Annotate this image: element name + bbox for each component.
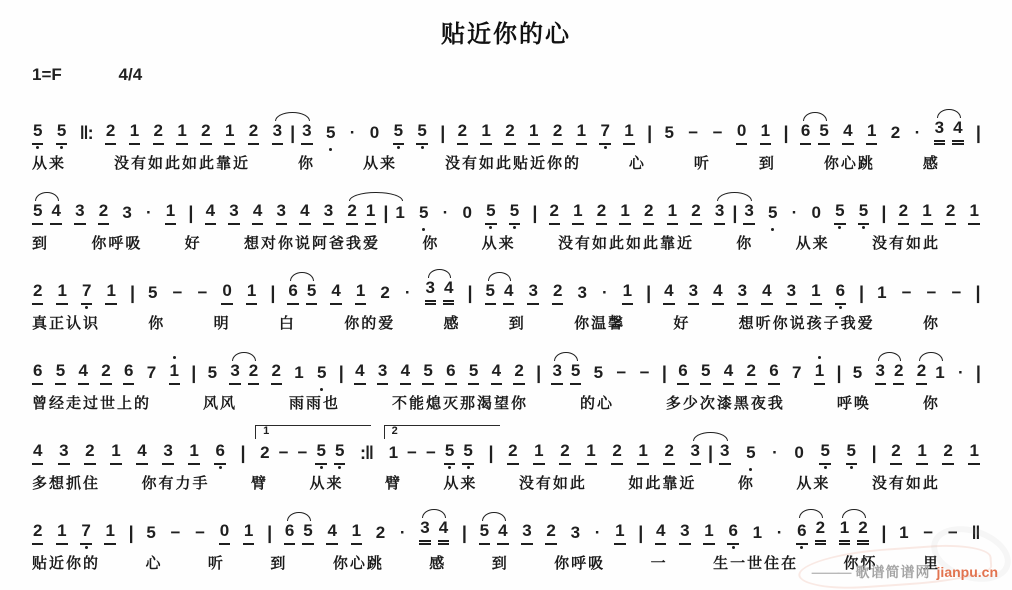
- lyric: 从来: [796, 472, 830, 492]
- note: 3: [419, 518, 430, 545]
- note: 1: [916, 441, 927, 465]
- lyric: 风风: [203, 392, 237, 412]
- note: 3: [74, 201, 85, 225]
- slur-group: 32: [229, 351, 259, 385]
- note: 1: [667, 201, 678, 225]
- lyric: 好: [673, 312, 690, 332]
- note: 4: [723, 361, 734, 385]
- note: 4: [299, 201, 310, 225]
- lyric: 从来: [796, 232, 830, 252]
- lyric: 的心: [580, 392, 614, 412]
- note: 1: [533, 441, 544, 465]
- note: 4: [326, 521, 337, 545]
- barline: |: [339, 363, 343, 385]
- duration-dash: −: [951, 283, 963, 305]
- augmentation-dot: ·: [145, 203, 153, 225]
- augmentation-dot: ·: [601, 283, 609, 305]
- note: 5: [147, 283, 158, 305]
- barline: |: [462, 523, 466, 545]
- lyric: 从来: [443, 472, 477, 492]
- barline: |: [872, 443, 876, 465]
- watermark-site-url: jianpu.cn: [937, 564, 998, 580]
- duration-dash: −: [171, 283, 183, 305]
- time-signature: 4/4: [119, 65, 143, 84]
- slur-group: 3|3: [272, 111, 313, 145]
- lyric: 你有力手: [141, 472, 209, 492]
- lyric: 你的爱: [344, 312, 395, 332]
- note: 3: [551, 361, 562, 385]
- note: 1: [576, 121, 587, 145]
- note: 6: [123, 361, 134, 385]
- lyric: 心: [145, 552, 162, 572]
- note: 5: [485, 201, 496, 225]
- note: 3: [272, 121, 283, 145]
- barline: |: [536, 363, 540, 385]
- note: 4: [136, 441, 147, 465]
- barline: |: [708, 443, 712, 465]
- note: 2: [890, 123, 901, 145]
- note: 3: [786, 281, 797, 305]
- augmentation-dot: ·: [404, 283, 412, 305]
- slur-group: 65: [284, 511, 314, 545]
- slur-group: 54: [485, 271, 515, 305]
- barline: |: [129, 523, 133, 545]
- note: 3: [688, 281, 699, 305]
- lyric: 你: [148, 312, 165, 332]
- lyric: 真正认识: [32, 312, 100, 332]
- lyric: 不能熄灭那渴望你: [392, 392, 528, 412]
- barline: |: [646, 283, 650, 305]
- augmentation-dot: ·: [957, 363, 965, 385]
- note: 1: [293, 363, 304, 385]
- note: 4: [497, 521, 508, 545]
- note: 7: [146, 363, 157, 385]
- note: 5: [334, 441, 345, 465]
- note: 3: [425, 278, 436, 305]
- note: 1: [622, 281, 633, 305]
- note: 1: [968, 201, 979, 225]
- music-line-2: 54323·1|43434321|15·055|21212123|35·055|…: [32, 181, 980, 252]
- slur-group: 34: [934, 108, 964, 145]
- volta-bracket-2: 1−−55: [388, 425, 474, 465]
- note: 1: [355, 281, 366, 305]
- note: 3: [58, 441, 69, 465]
- note: 5: [852, 363, 863, 385]
- lyric: 一: [651, 552, 668, 572]
- watermark-dashes: — ——: [812, 564, 850, 580]
- slur-group: 12: [839, 508, 869, 545]
- note: 2: [549, 201, 560, 225]
- note: 1: [703, 521, 714, 545]
- note: 1: [169, 361, 180, 385]
- lyric: 你: [923, 392, 940, 412]
- note: 6: [835, 281, 846, 305]
- note: 2: [248, 121, 259, 145]
- barline: |: [267, 523, 271, 545]
- augmentation-dot: ·: [791, 203, 799, 225]
- lyric: 如此靠近: [628, 472, 696, 492]
- slur-group: 62: [796, 508, 826, 545]
- lyric: 没有如此: [872, 472, 940, 492]
- note: 5: [819, 441, 830, 465]
- note: 2: [98, 201, 109, 225]
- lyric: 雨雨也: [289, 392, 340, 412]
- lyric: 你心跳: [333, 552, 384, 572]
- note: 3: [719, 441, 730, 465]
- note: 1: [619, 201, 630, 225]
- note: 6: [796, 521, 807, 545]
- note: 2: [457, 121, 468, 145]
- lyric: 听: [694, 152, 711, 172]
- duration-dash: −: [687, 123, 699, 145]
- lyric: 你: [923, 312, 940, 332]
- note: 3: [527, 281, 538, 305]
- lyric: 生一世住在: [713, 552, 798, 572]
- lyric: 你: [738, 472, 755, 492]
- note: 1: [129, 121, 140, 145]
- barline: |: [662, 363, 666, 385]
- lyric: 从来: [32, 152, 66, 172]
- lyric: 你呼吸: [554, 552, 605, 572]
- barline: |: [976, 363, 980, 385]
- lyric: 从来: [309, 472, 343, 492]
- lyric: 没有如此如此靠近: [114, 152, 250, 172]
- note: 5: [700, 361, 711, 385]
- note: 2: [916, 361, 927, 385]
- note: 3: [377, 361, 388, 385]
- note: 4: [712, 281, 723, 305]
- lyric: 曾经走过世上的: [32, 392, 151, 412]
- slur-group: 34: [425, 268, 455, 305]
- duration-dash: −: [639, 363, 651, 385]
- note: 4: [491, 361, 502, 385]
- note: 3: [521, 521, 532, 545]
- lyric: 没有如此: [872, 232, 940, 252]
- note: 5: [32, 121, 43, 145]
- note: 5: [315, 441, 326, 465]
- note: 2: [893, 361, 904, 385]
- augmentation-dot: ·: [914, 123, 922, 145]
- notes-row: 2171|5−−01|65412·34|54323·1|43434316|1−−…: [32, 261, 980, 305]
- note: 1: [968, 441, 979, 465]
- duration-dash: −: [194, 523, 206, 545]
- note: 1: [110, 441, 121, 465]
- note: 6: [445, 361, 456, 385]
- note: 4: [78, 361, 89, 385]
- duration-dash: −: [926, 283, 938, 305]
- lyrics-row: 曾经走过世上的风风雨雨也不能熄灭那渴望你的心多少次漆黑夜我呼唤你: [32, 392, 980, 412]
- duration-dash: −: [297, 443, 309, 465]
- note: 1: [898, 523, 909, 545]
- note: 3: [934, 118, 945, 145]
- note: 6: [727, 521, 738, 545]
- note: 1: [365, 201, 376, 225]
- lyric: 你呼吸: [91, 232, 142, 252]
- barline: |: [976, 123, 980, 145]
- duration-dash: −: [170, 523, 182, 545]
- note: 4: [761, 281, 772, 305]
- song-title: 贴近你的心: [0, 14, 1012, 49]
- note: 2: [271, 361, 282, 385]
- note: 1: [351, 521, 362, 545]
- note: 2: [32, 281, 43, 305]
- augmentation-dot: ·: [776, 523, 784, 545]
- duration-dash: −: [278, 443, 290, 465]
- note: 5: [846, 441, 857, 465]
- note: 1: [105, 281, 116, 305]
- lyric: 没有如此: [519, 472, 587, 492]
- note: 1: [243, 521, 254, 545]
- lyric: 到: [759, 152, 776, 172]
- note: 6: [284, 521, 295, 545]
- lyric: 从来: [482, 232, 516, 252]
- note: 2: [945, 201, 956, 225]
- barline: |: [241, 443, 245, 465]
- note: 2: [596, 201, 607, 225]
- lyric: 心: [629, 152, 646, 172]
- barline: |: [732, 203, 736, 225]
- barline: |: [270, 283, 274, 305]
- barline: |: [383, 203, 387, 225]
- barline: |: [881, 523, 885, 545]
- lyric: 你: [422, 232, 439, 252]
- note: 1: [572, 201, 583, 225]
- augmentation-dot: ·: [771, 443, 779, 465]
- duration-dash: −: [712, 123, 724, 145]
- note: 2: [745, 361, 756, 385]
- note: 5: [834, 201, 845, 225]
- note: 4: [330, 281, 341, 305]
- note: 4: [952, 118, 963, 145]
- note: 1: [814, 361, 825, 385]
- lyric: 你心跳: [824, 152, 875, 172]
- note: 1: [839, 518, 850, 545]
- note: 5: [485, 281, 496, 305]
- slur-group: 21|1: [346, 191, 405, 225]
- lyric: 你: [736, 232, 753, 252]
- note: 2: [200, 121, 211, 145]
- music-line-3: 2171|5−−01|65412·34|54323·1|43434316|1−−…: [32, 261, 980, 332]
- barline: |: [975, 283, 979, 305]
- note: 2: [504, 121, 515, 145]
- barline: |: [859, 283, 863, 305]
- note: 1: [614, 521, 625, 545]
- note: 2: [513, 361, 524, 385]
- note: 4: [443, 278, 454, 305]
- rest: 0: [461, 203, 472, 225]
- note: 4: [205, 201, 216, 225]
- barline: |: [532, 203, 536, 225]
- note: 1: [921, 201, 932, 225]
- note: 4: [503, 281, 514, 305]
- note: 3: [570, 523, 581, 545]
- barline: |: [488, 443, 492, 465]
- note: 2: [84, 441, 95, 465]
- note: 2: [379, 283, 390, 305]
- notes-row: 55‖:21212123|35·055|21212171|5−−01|65412…: [32, 101, 980, 145]
- signature-row: 1=F 4/4: [32, 65, 1012, 85]
- note: 5: [418, 203, 429, 225]
- note: 6: [768, 361, 779, 385]
- slur-group: 21: [916, 351, 946, 385]
- note: 5: [416, 121, 427, 145]
- note: 5: [444, 441, 455, 465]
- barline: |: [836, 363, 840, 385]
- note: 2: [552, 121, 563, 145]
- note: 1: [585, 441, 596, 465]
- note: 1: [56, 521, 67, 545]
- note: 1: [760, 121, 771, 145]
- note: 6: [800, 121, 811, 145]
- note: 3: [228, 201, 239, 225]
- note: 3: [301, 121, 312, 145]
- note: 3: [737, 281, 748, 305]
- lyric: 感: [443, 312, 460, 332]
- note: 1: [810, 281, 821, 305]
- note: 2: [552, 281, 563, 305]
- barline: |: [783, 123, 787, 145]
- note: 2: [815, 518, 826, 545]
- note: 2: [375, 523, 386, 545]
- rest: 0: [221, 281, 232, 305]
- note: 3: [875, 361, 886, 385]
- note: 2: [898, 201, 909, 225]
- note: 5: [393, 121, 404, 145]
- note: 5: [325, 123, 336, 145]
- note: 1: [224, 121, 235, 145]
- slur-group: 54: [479, 511, 509, 545]
- key-signature: 1=F: [32, 65, 62, 84]
- note: 6: [32, 361, 43, 385]
- note: 2: [153, 121, 164, 145]
- note: 5: [422, 361, 433, 385]
- note: 5: [767, 203, 778, 225]
- note: 1: [56, 281, 67, 305]
- lyric: 臂: [385, 472, 402, 492]
- lyric: 贴近你的: [32, 552, 100, 572]
- note: 4: [50, 201, 61, 225]
- barline: |: [647, 123, 651, 145]
- note: 5: [32, 201, 43, 225]
- slur-group: 3|3: [690, 431, 731, 465]
- slur-group: 65: [800, 111, 830, 145]
- note: 7: [81, 281, 92, 305]
- note: 6: [214, 441, 225, 465]
- watermark-site-name: 歌谱简谱网: [856, 562, 931, 582]
- note: 5: [818, 121, 829, 145]
- note: 1: [176, 121, 187, 145]
- rest: 0: [736, 121, 747, 145]
- note: 3: [714, 201, 725, 225]
- note: 2: [663, 441, 674, 465]
- slur-group: 34: [419, 508, 449, 545]
- lyric: 没有如此如此靠近: [558, 232, 694, 252]
- note: 5: [56, 121, 67, 145]
- lyric: 从来: [363, 152, 397, 172]
- lyric: 感: [923, 152, 940, 172]
- lyric: 听: [208, 552, 225, 572]
- note: 1: [165, 201, 176, 225]
- duration-dash: −: [425, 443, 437, 465]
- note: 2: [643, 201, 654, 225]
- note: 3: [162, 441, 173, 465]
- note: 4: [354, 361, 365, 385]
- note: 1: [188, 441, 199, 465]
- note: 5: [207, 363, 218, 385]
- note: 2: [507, 441, 518, 465]
- lyric: 好: [185, 232, 202, 252]
- note: 4: [438, 518, 449, 545]
- rest: 0: [793, 443, 804, 465]
- note: 7: [791, 363, 802, 385]
- note: 4: [842, 121, 853, 145]
- sheet-music-page: 贴近你的心 1=F 4/4 55‖:21212123|35·055|212121…: [0, 0, 1012, 590]
- note: 5: [55, 361, 66, 385]
- barline: |: [467, 283, 471, 305]
- lyric: 感: [429, 552, 446, 572]
- lyric: 呼唤: [837, 392, 871, 412]
- lyrics-row: 从来没有如此如此靠近你从来没有如此贴近你的心听到你心跳感: [32, 152, 980, 172]
- barline: |: [638, 523, 642, 545]
- note: 2: [545, 521, 556, 545]
- augmentation-dot: ·: [349, 123, 357, 145]
- rest: 0: [219, 521, 230, 545]
- notes-row: 2171|5−−01|65412·34|54323·1|43161·6212|1…: [32, 501, 980, 545]
- note: 5: [479, 521, 490, 545]
- note: 1: [934, 363, 945, 385]
- barline: |: [290, 123, 294, 145]
- lyrics-row: 多想抓住你有力手臂从来臂从来没有如此如此靠近你从来没有如此: [32, 472, 980, 492]
- note: 5: [745, 443, 756, 465]
- note: 2: [259, 443, 270, 465]
- slur-group: 54: [32, 191, 62, 225]
- watermark: — —— 歌谱简谱网 jianpu.cn: [812, 562, 998, 582]
- note: 3: [276, 201, 287, 225]
- lyric: 没有如此贴近你的: [445, 152, 581, 172]
- music-systems: 55‖:21212123|35·055|21212171|5−−01|65412…: [32, 101, 980, 572]
- music-line-5: 43214316|2−−55:‖1−−55|21212123|35·055|21…: [32, 421, 980, 492]
- note: 3: [743, 201, 754, 225]
- lyric: 多想抓住: [32, 472, 100, 492]
- note: 5: [663, 123, 674, 145]
- note: 2: [100, 361, 111, 385]
- barline: |: [440, 123, 444, 145]
- note: 3: [229, 361, 240, 385]
- note: 1: [394, 203, 405, 225]
- lyric: 你: [298, 152, 315, 172]
- note: 5: [302, 521, 313, 545]
- augmentation-dot: ·: [399, 523, 407, 545]
- notes-row: 54323·1|43434321|15·055|21212123|35·055|…: [32, 181, 980, 225]
- note: 5: [858, 201, 869, 225]
- note: 1: [637, 441, 648, 465]
- note: 2: [690, 201, 701, 225]
- note: 1: [104, 521, 115, 545]
- note: 2: [346, 201, 357, 225]
- note: 1: [388, 443, 399, 465]
- lyric: 多少次漆黑夜我: [666, 392, 785, 412]
- lyric: 你温馨: [574, 312, 625, 332]
- volta-bracket-1: 2−−55: [259, 425, 345, 465]
- note: 7: [80, 521, 91, 545]
- note: 4: [663, 281, 674, 305]
- note: 5: [570, 361, 581, 385]
- augmentation-dot: ·: [442, 203, 450, 225]
- duration-dash: −: [406, 443, 418, 465]
- note: 3: [679, 521, 690, 545]
- music-line-4: 6542671|532215|43456542|355−−|6542671|53…: [32, 341, 980, 412]
- note: 2: [611, 441, 622, 465]
